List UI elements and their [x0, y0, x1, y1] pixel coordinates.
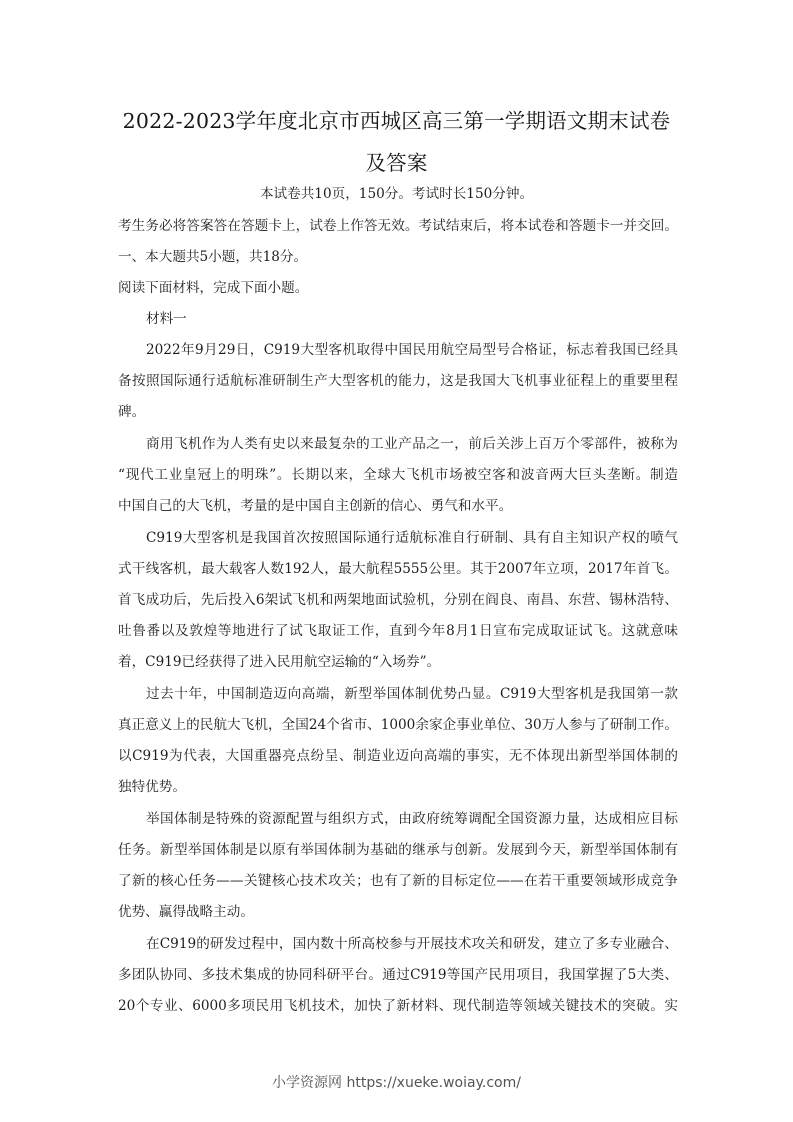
paragraph-line: 碑。: [118, 403, 678, 421]
paragraph-line: 着，C919已经获得了进入民用航空运输的“入场券”。: [118, 653, 678, 671]
paragraph-line: 在C919的研发过程中，国内数十所高校参与开展技术攻关和研发，建立了多专业融合、: [146, 935, 678, 953]
paragraph-line: 独特优势。: [118, 778, 678, 796]
paragraph-line: 优势、赢得战略主动。: [118, 903, 678, 921]
paragraph-line: 举国体制是特殊的资源配置与组织方式，由政府统筹调配全国资源力量，达成相应目标: [146, 810, 678, 828]
paragraph-line: 多团队协同、多技术集成的协同科研平台。通过C919等国产民用项目，我国掌握了5大…: [118, 966, 678, 984]
paragraph-line: 过去十年，中国制造迈向高端，新型举国体制优势凸显。C919大型客机是我国第一款: [146, 685, 678, 703]
reading-prompt: 阅读下面材料，完成下面小题。: [118, 279, 678, 297]
paragraph-line: 中国自己的大飞机，考量的是中国自主创新的信心、勇气和水平。: [118, 497, 678, 515]
paragraph-line: 首飞成功后，先后投入6架试飞机和两架地面试验机，分别在阎良、南昌、东营、锡林浩特…: [118, 591, 678, 609]
paragraph-line: 备按照国际通行适航标准研制生产大型客机的能力，这是我国大飞机事业征程上的重要里程: [118, 372, 678, 390]
paragraph-line: 任务。新型举国体制是以原有举国体制为基础的继承与创新。发展到今天，新型举国体制有: [118, 841, 678, 859]
document-page: 2022-2023学年度北京市西城区高三第一学期语文期末试卷 及答案 本试卷共1…: [0, 0, 793, 1122]
section-heading: 一、本大题共5小题，共18分。: [118, 248, 678, 266]
paragraph-line: 20个专业、6000多项民用飞机技术，加快了新材料、现代制造等领域关键技术的突破…: [118, 997, 678, 1015]
material-label: 材料一: [146, 310, 678, 328]
document-title-continued: 及答案: [100, 146, 693, 176]
paragraph-line: C919大型客机是我国首次按照国际通行适航标准自行研制、具有自主知识产权的喷气: [146, 529, 678, 547]
paragraph-line: 2022年9月29日，C919大型客机取得中国民用航空局型号合格证，标志着我国已…: [146, 341, 678, 359]
paragraph-line: 了新的核心任务——关键核心技术攻关；也有了新的目标定位——在若干重要领域形成竞争: [118, 872, 678, 890]
exam-instructions: 考生务必将答案答在答题卡上，试卷上作答无效。考试结束后，将本试卷和答题卡一并交回…: [118, 217, 678, 235]
paragraph-line: 吐鲁番以及敦煌等地进行了试飞取证工作，直到今年8月1日宣布完成取证试飞。这就意味: [118, 622, 678, 640]
paragraph-line: 以C919为代表，大国重器亮点纷呈、制造业迈向高端的事实，无不体现出新型举国体制…: [118, 747, 678, 765]
watermark-footer: 小学资源网 https://xueke.woiay.com/: [0, 1072, 793, 1092]
paragraph-line: 真正意义上的民航大飞机，全国24个省市、1000余家企事业单位、30万人参与了研…: [118, 716, 678, 734]
exam-info: 本试卷共10页，150分。考试时长150分钟。: [100, 185, 693, 203]
document-title: 2022-2023学年度北京市西城区高三第一学期语文期末试卷: [100, 104, 693, 134]
paragraph-line: 商用飞机作为人类有史以来最复杂的工业产品之一，前后关涉上百万个零部件，被称为: [146, 435, 678, 453]
paragraph-line: 式干线客机，最大载客人数192人，最大航程5555公里。其于2007年立项，20…: [118, 560, 678, 578]
paragraph-line: “现代工业皇冠上的明珠”。长期以来，全球大飞机市场被空客和波音两大巨头垄断。制造: [118, 466, 678, 484]
